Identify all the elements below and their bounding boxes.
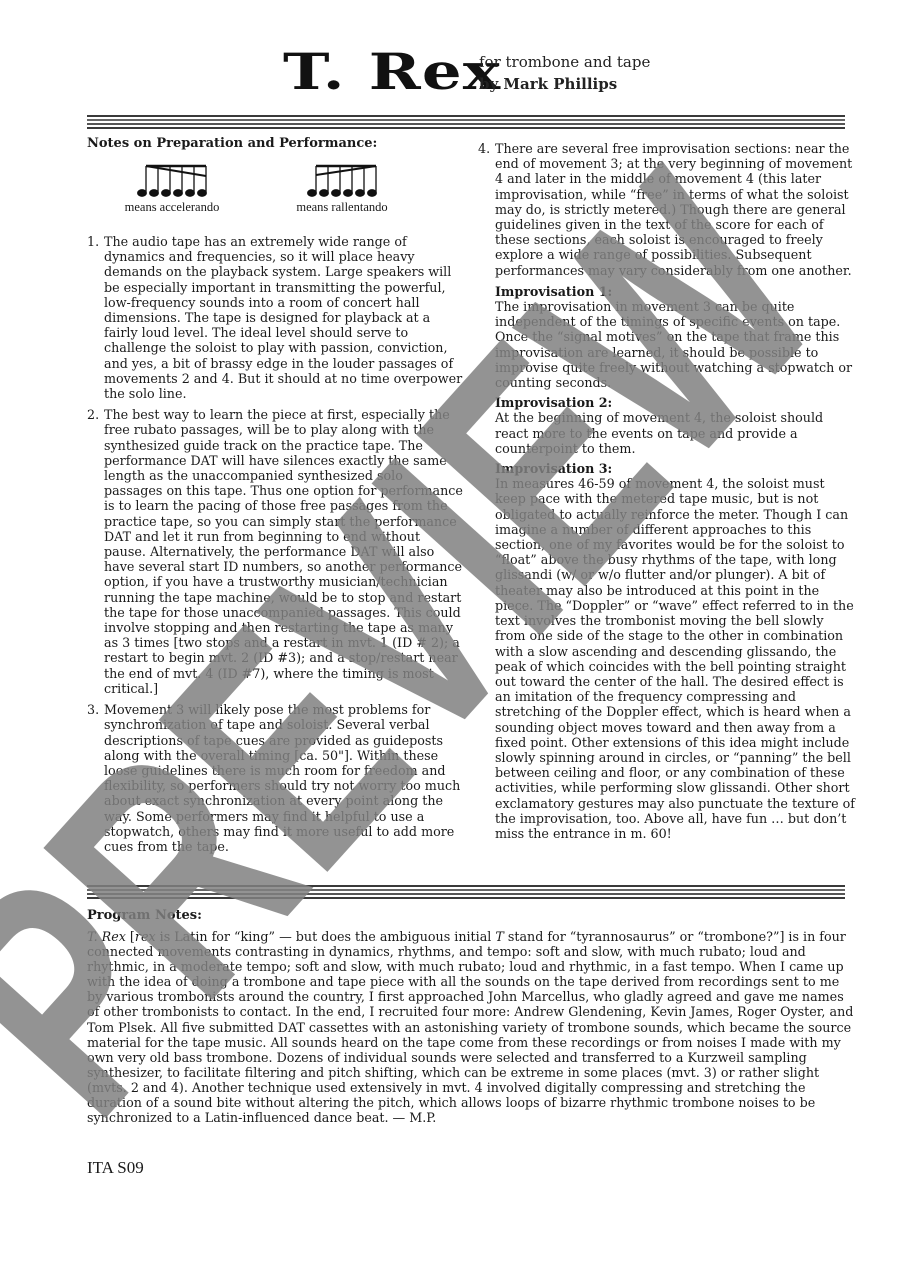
improvisation-1-heading: Improvisation 1:	[495, 284, 856, 299]
notation-accelerando: means accelerando	[87, 162, 257, 222]
subtitle-block: for trombone and tape by Mark Phillips	[479, 51, 650, 95]
notes-left-column: Notes on Preparation and Performance:	[87, 136, 465, 860]
note-item-1: 1. The audio tape has an extremely wide …	[87, 234, 465, 401]
note-item-3: 3. Movement 3 will likely pose the most …	[87, 702, 465, 854]
improvisation-1-text: The improvisation in movement 3 can be q…	[495, 299, 856, 390]
improvisation-3-text: In measures 46-59 of movement 4, the sol…	[495, 476, 856, 841]
instrumentation: for trombone and tape	[479, 51, 650, 73]
note-item-4: 4. There are several free improvisation …	[478, 141, 856, 278]
accelerando-caption: means accelerando	[87, 200, 257, 215]
rallentando-beam-icon	[302, 162, 382, 198]
program-notes-heading: Program Notes:	[87, 908, 857, 924]
note-item-2: 2. The best way to learn the piece at fi…	[87, 407, 465, 696]
improvisation-3-heading: Improvisation 3:	[495, 461, 856, 476]
improvisation-2-text: At the beginning of movement 4, the solo…	[495, 410, 856, 456]
program-divider	[87, 885, 845, 899]
program-notes-text: T. Rex [rex is Latin for “king” — but do…	[87, 929, 857, 1125]
notation-legend: means accelerando means rallentand	[87, 162, 465, 222]
improvisation-sections: Improvisation 1: The improvisation in mo…	[478, 284, 856, 841]
program-notes: Program Notes: T. Rex [rex is Latin for …	[87, 908, 857, 1125]
piece-title: T. Rex	[283, 44, 501, 100]
catalog-number: ITA S09	[87, 1158, 144, 1178]
composer-credit: by Mark Phillips	[479, 73, 650, 95]
rallentando-caption: means rallentando	[257, 200, 427, 215]
document-page: T. Rex for trombone and tape by Mark Phi…	[0, 0, 900, 1273]
improvisation-2-heading: Improvisation 2:	[495, 395, 856, 410]
notes-heading: Notes on Preparation and Performance:	[87, 136, 465, 152]
accelerando-beam-icon	[132, 162, 212, 198]
notation-rallentando: means rallentando	[257, 162, 427, 222]
header-divider	[87, 115, 845, 129]
notes-list-continued: 4. There are several free improvisation …	[478, 141, 856, 278]
notes-right-column: 4. There are several free improvisation …	[478, 141, 856, 841]
notes-list: 1. The audio tape has an extremely wide …	[87, 234, 465, 854]
